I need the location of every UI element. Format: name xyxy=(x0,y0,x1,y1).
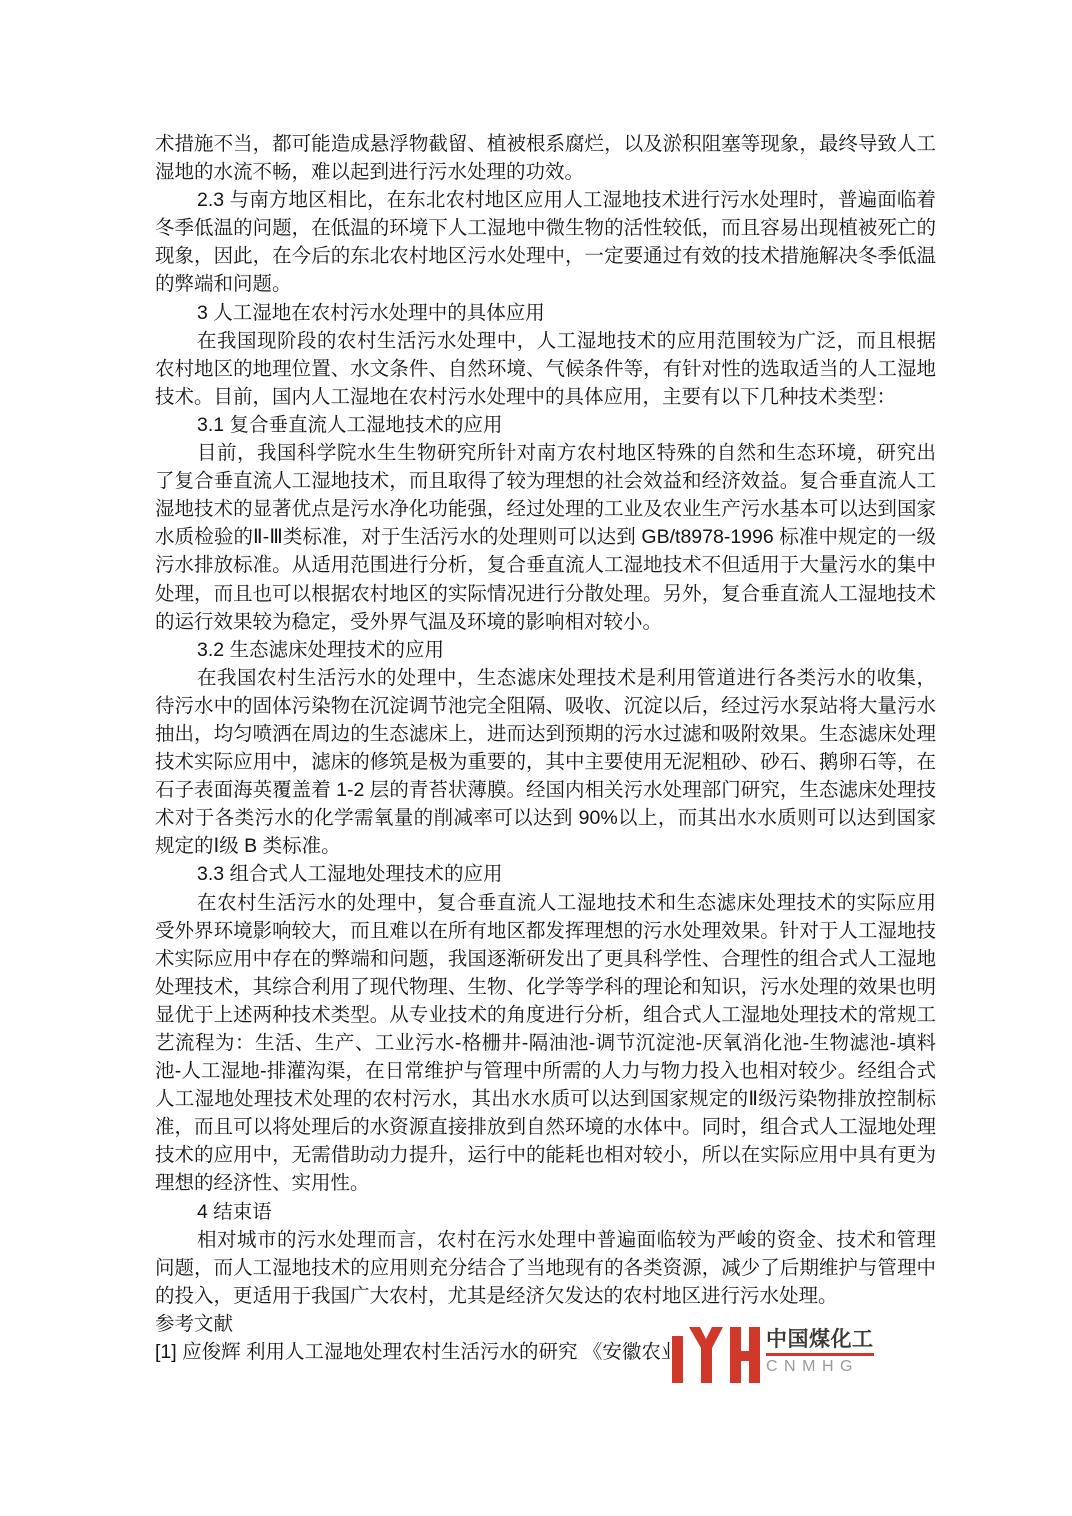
section-heading: 3.1 复合垂直流人工湿地技术的应用 xyxy=(155,411,936,439)
body-paragraph: 术措施不当，都可能造成悬浮物截留、植被根系腐烂，以及淤积阻塞等现象，最终导致人工… xyxy=(155,130,936,186)
logo-latin-name: CNMHG xyxy=(766,1359,874,1375)
body-paragraph: 相对城市的污水处理而言，农村在污水处理中普遍面临较为严峻的资金、技术和管理问题，… xyxy=(155,1226,936,1310)
document-page: 术措施不当，都可能造成悬浮物截留、植被根系腐烂，以及淤积阻塞等现象，最终导致人工… xyxy=(0,0,1072,1516)
body-paragraph: 在农村生活污水的处理中，复合垂直流人工湿地技术和生态滤床处理技术的实际应用受外界… xyxy=(155,889,936,1198)
body-paragraph: 在我国农村生活污水的处理中，生态滤床处理技术是利用管道进行各类污水的收集，待污水… xyxy=(155,664,936,861)
body-paragraph: 在我国现阶段的农村生活污水处理中，人工湿地技术的应用范围较为广泛，而且根据农村地… xyxy=(155,327,936,411)
section-heading: 3 人工湿地在农村污水处理中的具体应用 xyxy=(155,299,936,327)
company-logo: 中国煤化工 CNMHG xyxy=(670,1305,888,1403)
section-heading: 3.2 生态滤床处理技术的应用 xyxy=(155,636,936,664)
section-heading: 4 结束语 xyxy=(155,1198,936,1226)
body-paragraph: 目前，我国科学院水生生物研究所针对南方农村地区特殊的自然和生态环境，研究出了复合… xyxy=(155,439,936,636)
document-text: 术措施不当，都可能造成悬浮物截留、植被根系腐烂，以及淤积阻塞等现象，最终导致人工… xyxy=(155,130,936,1366)
body-paragraph: 2.3 与南方地区相比，在东北农村地区应用人工湿地技术进行污水处理时，普遍面临着… xyxy=(155,186,936,298)
section-heading: 3.3 组合式人工湿地处理技术的应用 xyxy=(155,860,936,888)
logo-text: 中国煤化工 CNMHG xyxy=(766,1329,874,1375)
logo-monogram-icon xyxy=(672,1327,760,1383)
logo-chinese-name: 中国煤化工 xyxy=(766,1329,874,1356)
